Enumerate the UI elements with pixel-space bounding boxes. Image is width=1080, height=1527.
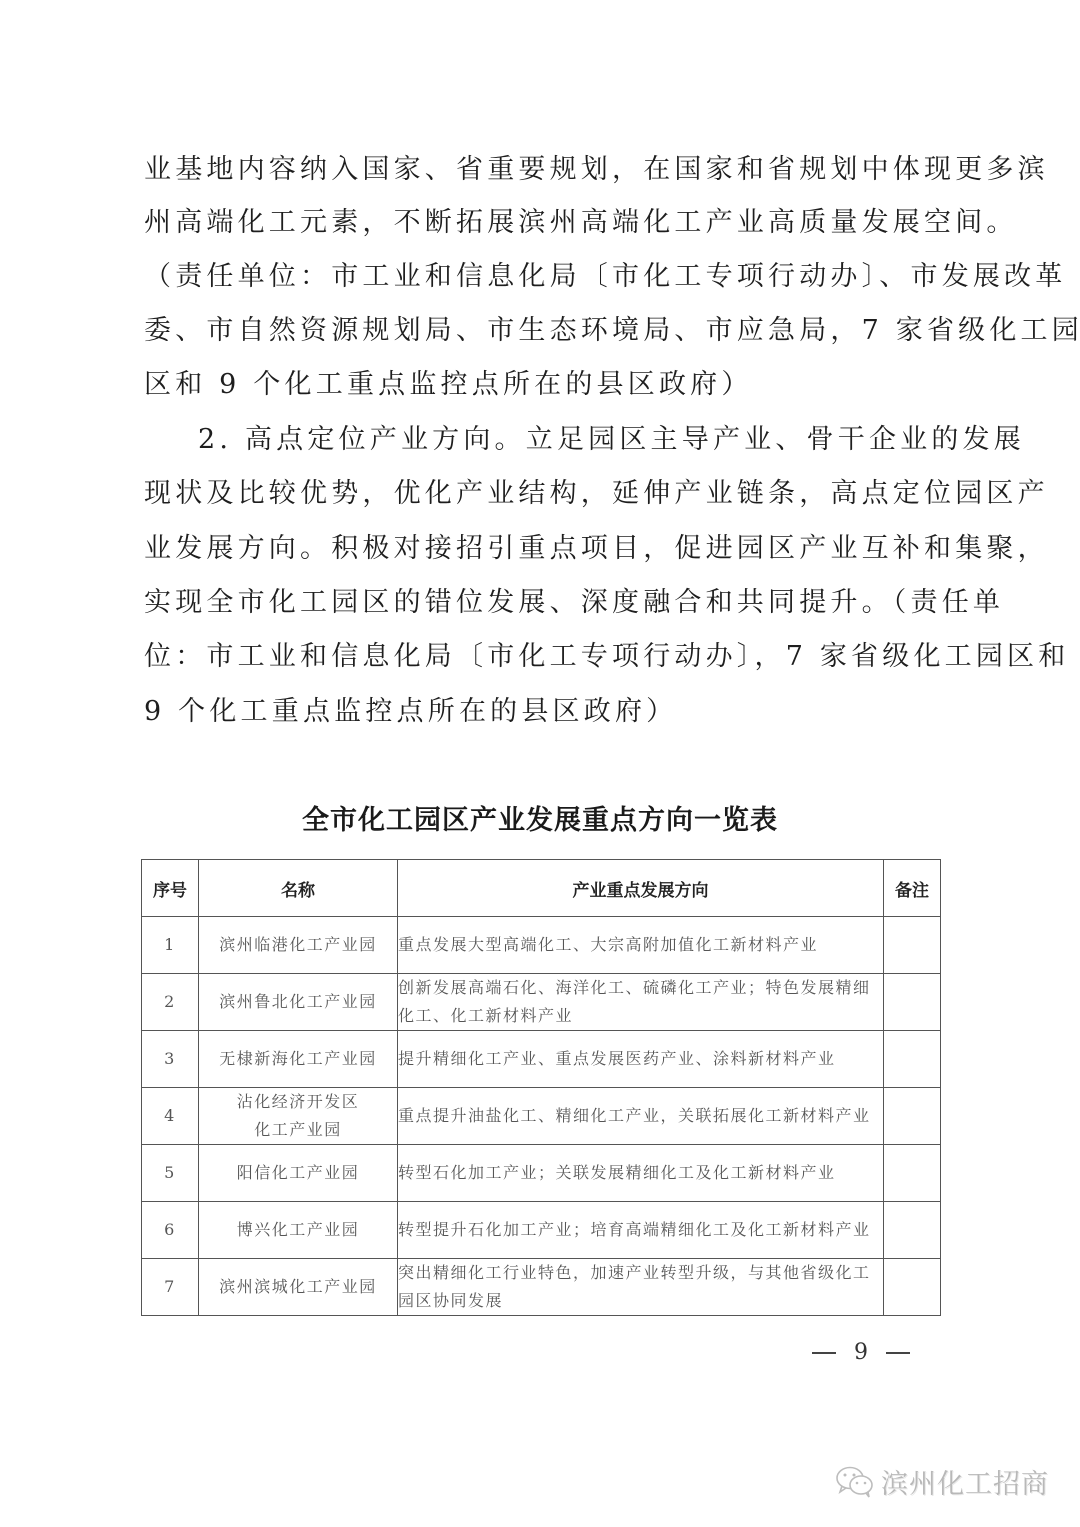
cell-development-direction: 转型提升石化加工产业；培育高端精细化工及化工新材料产业 [398, 1202, 884, 1259]
cell-park-name: 沾化经济开发区 化工产业园 [199, 1088, 398, 1145]
cell-serial-number: 3 [142, 1031, 199, 1088]
body-text-line: 实现全市化工园区的错位发展、深度融合和共同提升。（责任单 [144, 587, 944, 619]
dash-decoration [812, 1352, 836, 1354]
cell-remarks [884, 1088, 941, 1145]
header-serial-number: 序号 [142, 860, 199, 917]
chemical-parks-table: 序号 名称 产业重点发展方向 备注 1 滨州临港化工产业园 重点发展大型高端化工… [141, 859, 941, 1316]
cell-remarks [884, 1145, 941, 1202]
watermark: 滨州化工招商 [835, 1462, 1049, 1501]
cell-development-direction: 转型石化加工产业；关联发展精细化工及化工新材料产业 [398, 1145, 884, 1202]
cell-park-name: 无棣新海化工产业园 [199, 1031, 398, 1088]
body-text-line: 州高端化工元素，不断拓展滨州高端化工产业高质量发展空间。 [144, 207, 944, 239]
body-text-line: （责任单位：市工业和信息化局〔市化工专项行动办〕、市发展改革 [144, 261, 944, 293]
body-text-line: 位：市工业和信息化局〔市化工专项行动办〕，7 家省级化工园区和 [144, 641, 944, 673]
page-number-value: 9 [854, 1340, 868, 1365]
body-text-line: 委、市自然资源规划局、市生态环境局、市应急局，7 家省级化工园 [144, 315, 944, 347]
cell-park-name: 滨州滨城化工产业园 [199, 1259, 398, 1316]
park-name-line: 沾化经济开发区 [199, 1088, 397, 1116]
cell-remarks [884, 974, 941, 1031]
table-title: 全市化工园区产业发展重点方向一览表 [140, 803, 940, 839]
cell-park-name: 滨州鲁北化工产业园 [199, 974, 398, 1031]
body-text-line: 业发展方向。积极对接招引重点项目，促进园区产业互补和集聚， [144, 533, 944, 565]
section-heading-line: 2. 高点定位产业方向。立足园区主导产业、骨干企业的发展 [198, 424, 944, 456]
body-text-line: 区和 9 个化工重点监控点所在的县区政府） [144, 369, 944, 401]
cell-park-name: 博兴化工产业园 [199, 1202, 398, 1259]
header-remarks: 备注 [884, 860, 941, 917]
cell-remarks [884, 1202, 941, 1259]
document-page: 业基地内容纳入国家、省重要规划，在国家和省规划中体现更多滨 州高端化工元素，不断… [0, 0, 1080, 1527]
cell-serial-number: 4 [142, 1088, 199, 1145]
cell-serial-number: 1 [142, 917, 199, 974]
body-text-line: 现状及比较优势，优化产业结构，延伸产业链条，高点定位园区产 [144, 478, 944, 510]
table-row: 3 无棣新海化工产业园 提升精细化工产业、重点发展医药产业、涂料新材料产业 [142, 1031, 941, 1088]
body-text-line: 业基地内容纳入国家、省重要规划，在国家和省规划中体现更多滨 [144, 154, 944, 186]
wechat-icon [835, 1465, 875, 1499]
dash-decoration [886, 1352, 910, 1354]
page-number: 9 [812, 1340, 910, 1365]
cell-development-direction: 突出精细化工行业特色，加速产业转型升级，与其他省级化工园区协同发展 [398, 1259, 884, 1316]
header-development-direction: 产业重点发展方向 [398, 860, 884, 917]
cell-serial-number: 2 [142, 974, 199, 1031]
table-row: 5 阳信化工产业园 转型石化加工产业；关联发展精细化工及化工新材料产业 [142, 1145, 941, 1202]
cell-remarks [884, 1259, 941, 1316]
table-row: 2 滨州鲁北化工产业园 创新发展高端石化、海洋化工、硫磷化工产业；特色发展精细化… [142, 974, 941, 1031]
cell-park-name: 滨州临港化工产业园 [199, 917, 398, 974]
table-row: 4 沾化经济开发区 化工产业园 重点提升油盐化工、精细化工产业，关联拓展化工新材… [142, 1088, 941, 1145]
table-row: 6 博兴化工产业园 转型提升石化加工产业；培育高端精细化工及化工新材料产业 [142, 1202, 941, 1259]
cell-remarks [884, 917, 941, 974]
cell-development-direction: 重点提升油盐化工、精细化工产业，关联拓展化工新材料产业 [398, 1088, 884, 1145]
cell-serial-number: 7 [142, 1259, 199, 1316]
table-row: 7 滨州滨城化工产业园 突出精细化工行业特色，加速产业转型升级，与其他省级化工园… [142, 1259, 941, 1316]
cell-development-direction: 提升精细化工产业、重点发展医药产业、涂料新材料产业 [398, 1031, 884, 1088]
watermark-text: 滨州化工招商 [881, 1462, 1049, 1501]
table-header-row: 序号 名称 产业重点发展方向 备注 [142, 860, 941, 917]
cell-park-name: 阳信化工产业园 [199, 1145, 398, 1202]
cell-development-direction: 创新发展高端石化、海洋化工、硫磷化工产业；特色发展精细化工、化工新材料产业 [398, 974, 884, 1031]
table-row: 1 滨州临港化工产业园 重点发展大型高端化工、大宗高附加值化工新材料产业 [142, 917, 941, 974]
cell-development-direction: 重点发展大型高端化工、大宗高附加值化工新材料产业 [398, 917, 884, 974]
cell-remarks [884, 1031, 941, 1088]
park-name-line: 化工产业园 [199, 1116, 397, 1144]
cell-serial-number: 5 [142, 1145, 199, 1202]
header-name: 名称 [199, 860, 398, 917]
body-text-line: 9 个化工重点监控点所在的县区政府） [144, 696, 944, 728]
cell-serial-number: 6 [142, 1202, 199, 1259]
